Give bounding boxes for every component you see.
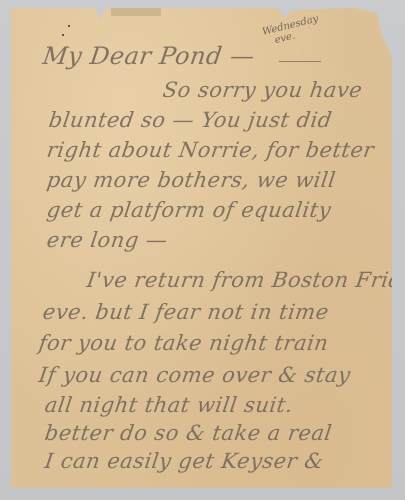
letter-line-4: pay more bothers, we will bbox=[45, 168, 337, 192]
letter-body: Wednesday eve. My Dear Pond — So sorry y… bbox=[11, 8, 392, 488]
ink-spot bbox=[68, 25, 70, 27]
letter-line-9: for you to take night train bbox=[37, 331, 330, 355]
letter-line-12: better do so & take a real bbox=[43, 421, 333, 445]
letter-line-7: I've return from Boston Friday bbox=[85, 268, 405, 292]
letter-page: Wednesday eve. My Dear Pond — So sorry y… bbox=[11, 8, 392, 488]
letter-line-6: ere long — bbox=[45, 228, 169, 252]
letter-line-8: eve. but I fear not in time bbox=[41, 300, 330, 324]
letter-line-3: right about Norrie, for better bbox=[45, 138, 375, 162]
letter-line-2: blunted so — You just did bbox=[47, 108, 333, 132]
letter-line-10: If you can come over & stay bbox=[37, 363, 352, 387]
dateline: Wednesday eve. bbox=[261, 13, 322, 48]
ink-spot bbox=[62, 34, 64, 36]
letter-line-11: all night that will suit. bbox=[43, 393, 294, 417]
letter-line-13: I can easily get Keyser & bbox=[43, 449, 325, 473]
salutation: My Dear Pond — bbox=[41, 42, 257, 70]
flourish-dash bbox=[279, 61, 321, 62]
letter-line-5: get a platform of equality bbox=[45, 198, 332, 222]
letter-line-1: So sorry you have bbox=[161, 78, 364, 102]
